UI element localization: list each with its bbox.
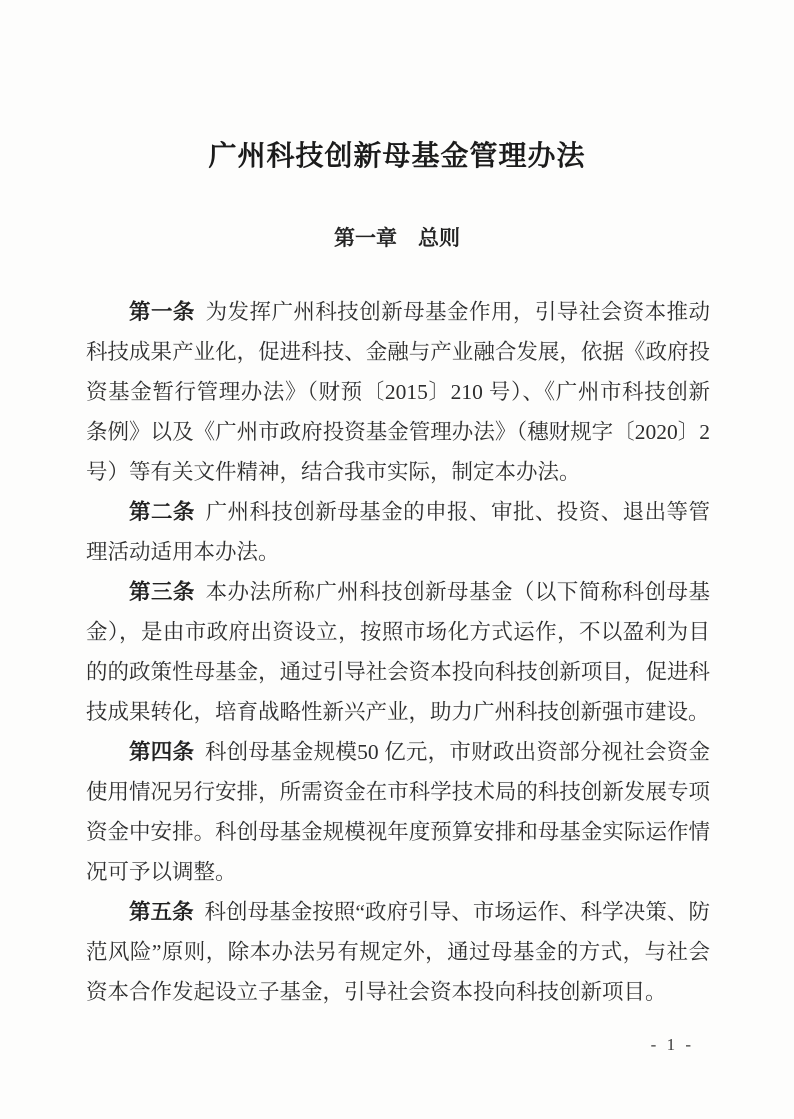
- chapter-heading: 第一章 总则: [0, 222, 794, 252]
- article-text: 为发挥广州科技创新母基金作用，引导社会资本推动科技成果产业化，促进科技、金融与产…: [86, 300, 710, 484]
- document-body: 第一条为发挥广州科技创新母基金作用，引导社会资本推动科技成果产业化，促进科技、金…: [86, 292, 710, 1012]
- document-title: 广州科技创新母基金管理办法: [0, 0, 794, 174]
- article-label: 第三条: [129, 580, 195, 604]
- article-label: 第四条: [129, 740, 194, 764]
- article-paragraph-1: 第一条为发挥广州科技创新母基金作用，引导社会资本推动科技成果产业化，促进科技、金…: [86, 292, 710, 492]
- article-label: 第一条: [129, 300, 195, 324]
- document-page: 广州科技创新母基金管理办法 第一章 总则 第一条为发挥广州科技创新母基金作用，引…: [0, 0, 794, 1119]
- article-paragraph-2: 第二条广州科技创新母基金的申报、审批、投资、退出等管理活动适用本办法。: [86, 492, 710, 572]
- page-number: - 1 -: [651, 1035, 694, 1055]
- article-label: 第二条: [129, 500, 195, 524]
- article-paragraph-5: 第五条科创母基金按照“政府引导、市场运作、科学决策、防范风险”原则，除本办法另有…: [86, 892, 710, 1012]
- article-paragraph-3: 第三条本办法所称广州科技创新母基金（以下简称科创母基金），是由市政府出资设立，按…: [86, 572, 710, 732]
- article-paragraph-4: 第四条科创母基金规模50 亿元，市财政出资部分视社会资金使用情况另行安排，所需资…: [86, 732, 710, 892]
- article-label: 第五条: [129, 900, 194, 924]
